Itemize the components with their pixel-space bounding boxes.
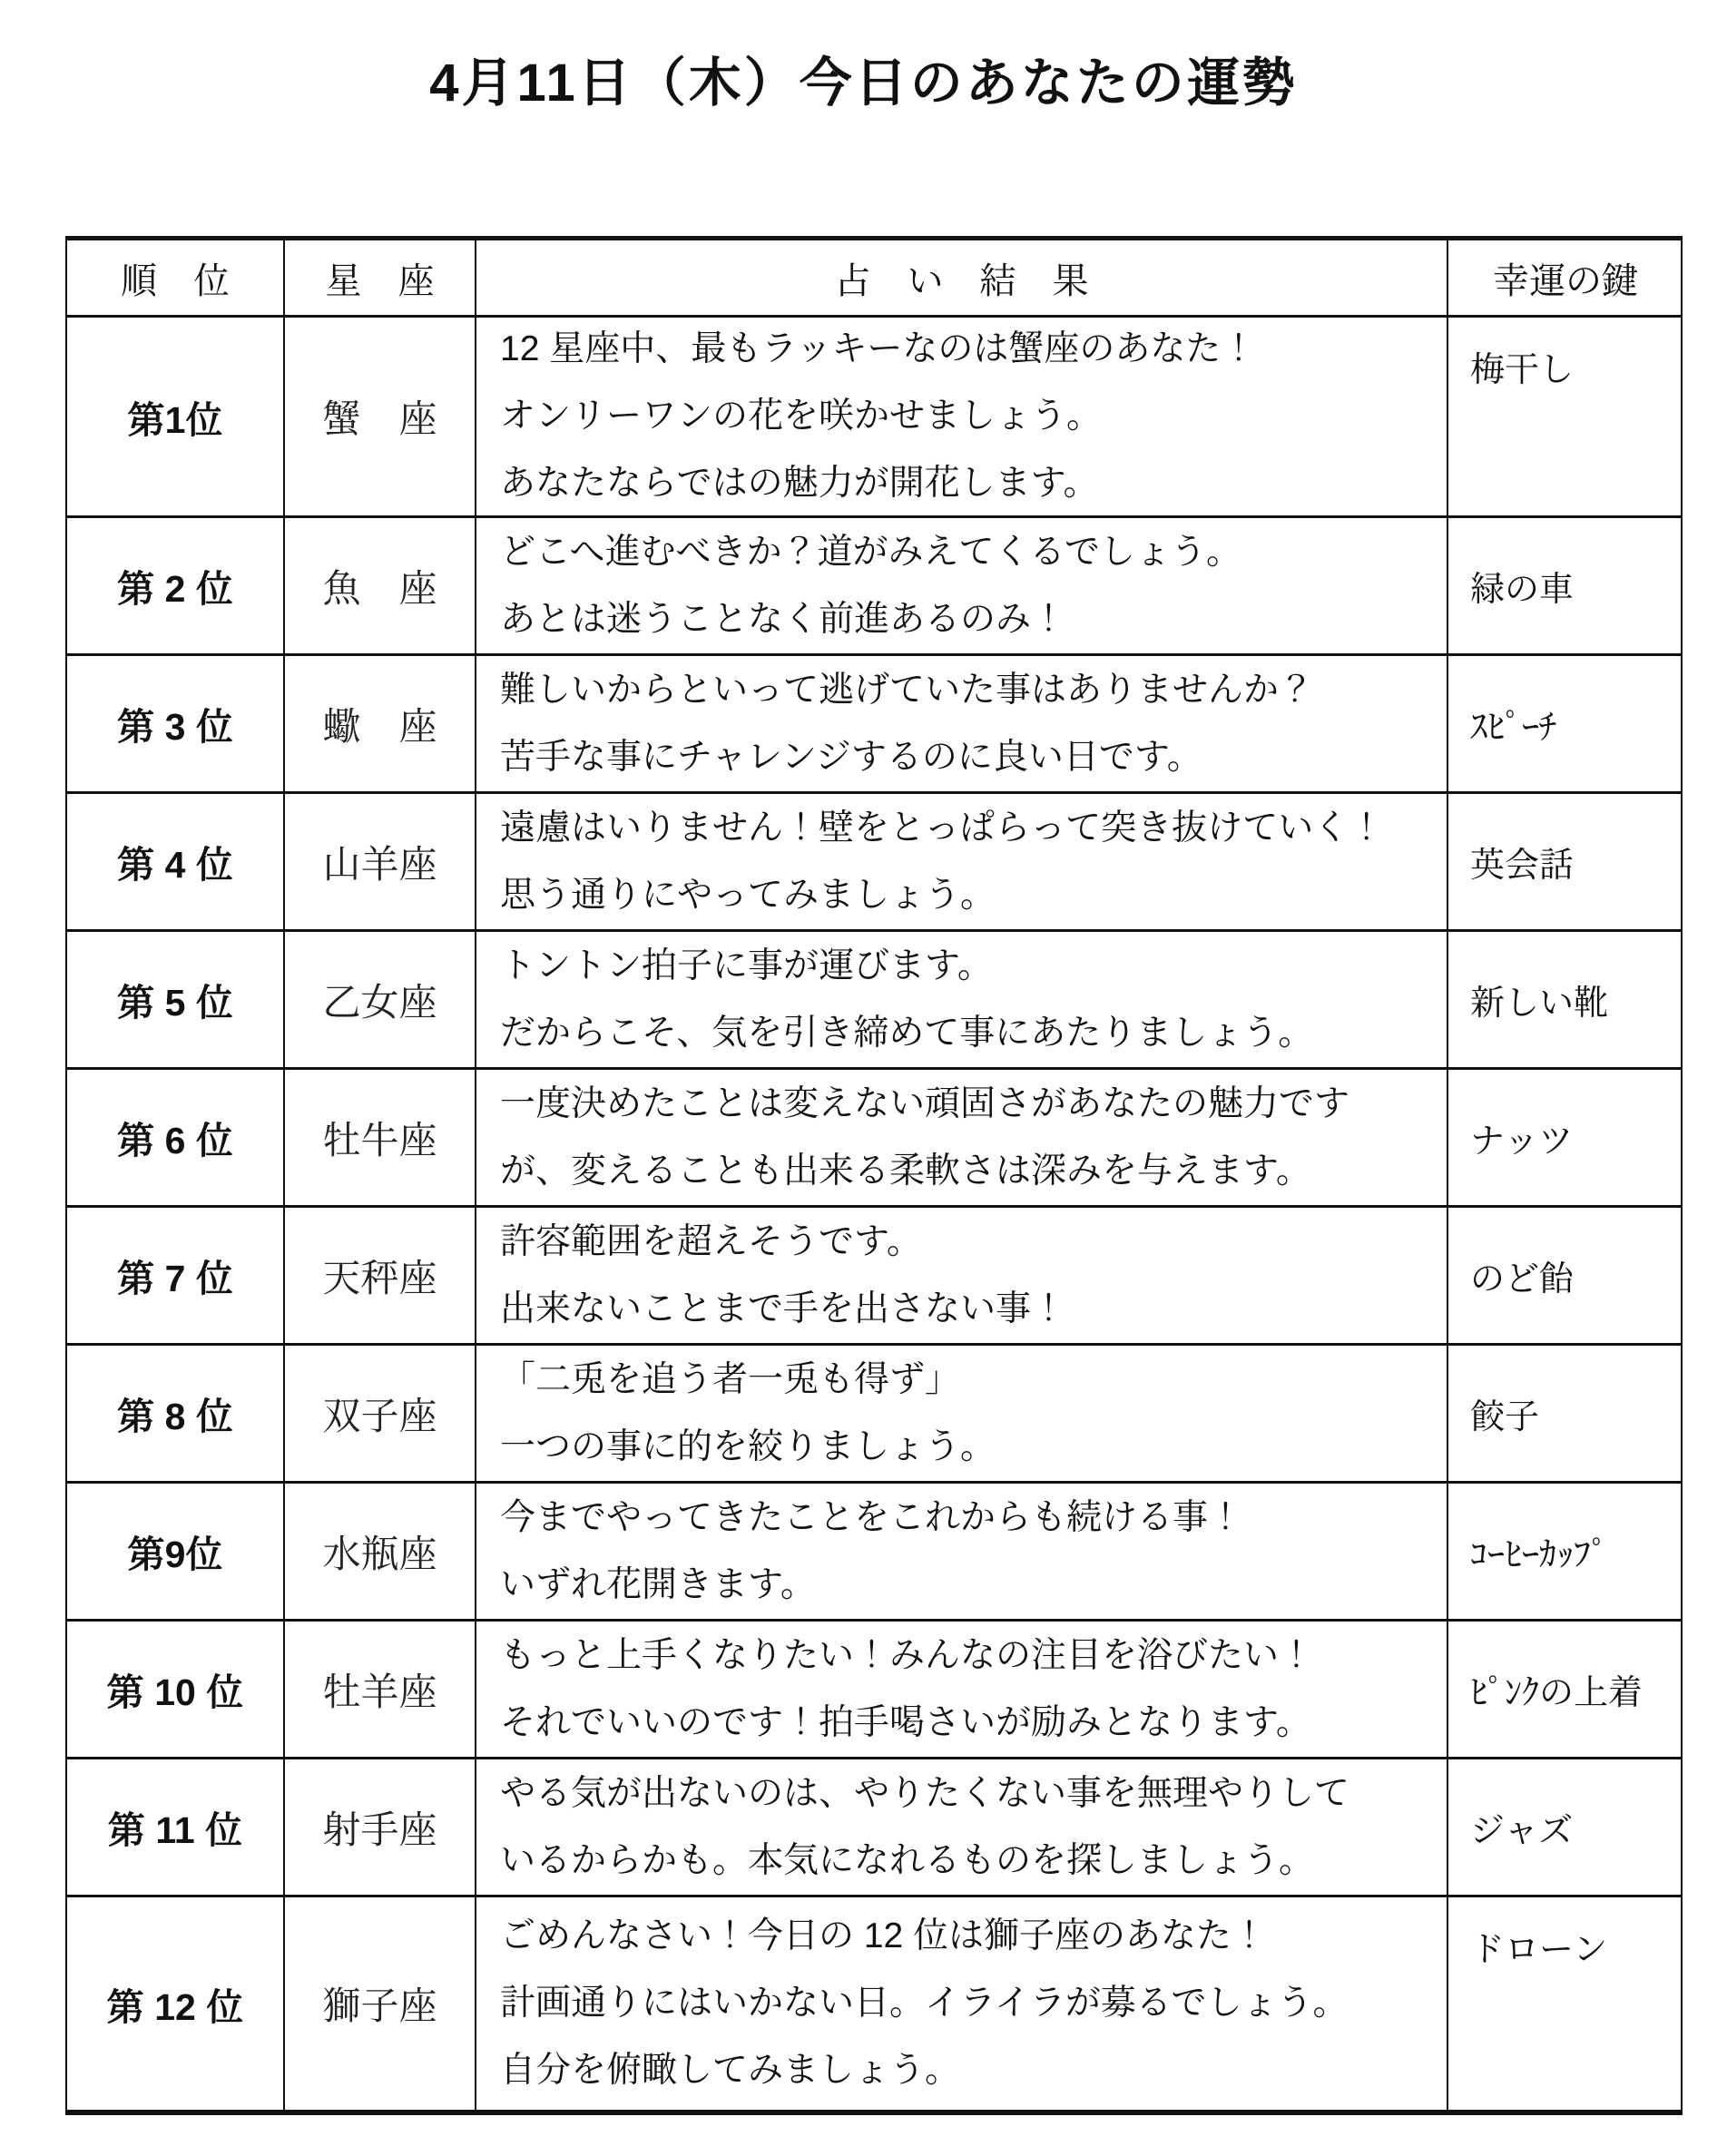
zodiac-sign-label: 獅子座 (322, 1976, 437, 2031)
zodiac-sign-label: 牡羊座 (322, 1662, 437, 1717)
fortune-result-line: あなたならではの魅力が開花します。 (500, 450, 1099, 515)
rank-cell: 第 2 位 (67, 518, 285, 653)
fortune-result-line: 遠慮はいりません！壁をとっぱらって突き抜けていく！ (500, 795, 1384, 862)
fortune-result-cell: もっと上手くなりたい！みんなの注目を浴びたい！それでいいのです！拍手喝さいが励み… (476, 1622, 1448, 1757)
fortune-result-cell: やる気が出ないのは、やりたくない事を無理やりしているからかも。本気になれるものを… (476, 1759, 1448, 1895)
zodiac-sign-label: 乙女座 (322, 973, 437, 1027)
sign-cell: 射手座 (285, 1759, 476, 1895)
fortune-result-cell: トントン拍子に事が運びます。だからこそ、気を引き締めて事にあたりましょう。 (476, 932, 1448, 1067)
fortune-result-cell: 遠慮はいりません！壁をとっぱらって突き抜けていく！思う通りにやってみましょう。 (476, 794, 1448, 929)
sign-cell: 牡牛座 (285, 1070, 476, 1205)
rank-cell: 第1位 (67, 318, 285, 515)
fortune-result-cell: ごめんなさい！今日の 12 位は獅子座のあなた！計画通りにはいかない日。イライラ… (476, 1897, 1448, 2110)
rank-label: 第 5 位 (117, 973, 233, 1026)
zodiac-sign-label: 蠍 座 (322, 697, 437, 751)
fortune-result-line: 許容範囲を超えそうです。 (500, 1209, 922, 1276)
sign-cell: 蟹 座 (285, 318, 476, 515)
zodiac-sign-label: 双子座 (322, 1387, 437, 1441)
table-row: 第 6 位 牡牛座 一度決めたことは変えない頑固さがあなたの魅力ですが、変えるこ… (67, 1070, 1681, 1208)
sign-cell: 乙女座 (285, 932, 476, 1067)
sign-cell: 水瓶座 (285, 1484, 476, 1619)
rank-cell: 第 11 位 (67, 1759, 285, 1895)
lucky-key-cell: ジャズ (1448, 1759, 1683, 1895)
sign-cell: 山羊座 (285, 794, 476, 929)
fortune-result-line: 一度決めたことは変えない頑固さがあなたの魅力です (500, 1071, 1349, 1138)
fortune-result-cell: 12 星座中、最もラッキーなのは蟹座のあなた！オンリーワンの花を咲かせましょう。… (476, 318, 1448, 515)
rank-label: 第 11 位 (108, 1800, 242, 1854)
lucky-key-label: 梅干し (1470, 341, 1574, 391)
lucky-key-label: 緑の車 (1470, 561, 1574, 611)
zodiac-sign-label: 水瓶座 (322, 1524, 437, 1579)
page-title: 4月11日（木）今日のあなたの運勢 (0, 40, 1727, 116)
fortune-result-line: いるからかも。本気になれるものを探しましょう。 (500, 1828, 1314, 1895)
fortune-result-line: どこへ進むべきか？道がみえてくるでしょう。 (500, 519, 1241, 586)
rank-cell: 第9位 (67, 1484, 285, 1619)
rank-cell: 第 3 位 (67, 656, 285, 791)
table-row: 第 3 位 蠍 座 難しいからといって逃げていた事はありませんか？苦手な事にチャ… (67, 656, 1681, 794)
lucky-key-label: 餃子 (1470, 1388, 1539, 1438)
lucky-key-cell: 英会話 (1448, 794, 1683, 929)
rank-label: 第 12 位 (107, 1977, 243, 2031)
lucky-key-label: ナッツ (1470, 1112, 1573, 1162)
zodiac-sign-label: 射手座 (322, 1800, 437, 1855)
fortune-result-line: だからこそ、気を引き締めて事にあたりましょう。 (500, 1000, 1313, 1067)
sign-cell: 天秤座 (285, 1208, 476, 1343)
lucky-key-label: 新しい靴 (1470, 975, 1608, 1024)
header-rank: 順 位 (67, 240, 285, 315)
fortune-result-cell: どこへ進むべきか？道がみえてくるでしょう。あとは迷うことなく前進あるのみ！ (476, 518, 1448, 653)
lucky-key-label: ジャズ (1470, 1802, 1573, 1852)
lucky-key-cell: ナッツ (1448, 1070, 1683, 1205)
table-row: 第 4 位 山羊座 遠慮はいりません！壁をとっぱらって突き抜けていく！思う通りに… (67, 794, 1681, 932)
fortune-result-cell: 一度決めたことは変えない頑固さがあなたの魅力ですが、変えることも出来る柔軟さは深… (476, 1070, 1448, 1205)
rank-cell: 第 4 位 (67, 794, 285, 929)
lucky-key-label: ﾋﾟﾝｸの上着 (1470, 1664, 1643, 1714)
fortune-result-line: が、変えることも出来る柔軟さは深みを与えます。 (500, 1138, 1311, 1205)
lucky-key-label: 英会話 (1470, 837, 1574, 887)
table-row: 第 12 位 獅子座 ごめんなさい！今日の 12 位は獅子座のあなた！計画通りに… (67, 1897, 1681, 2110)
zodiac-sign-label: 山羊座 (322, 835, 437, 889)
lucky-key-cell: 新しい靴 (1448, 932, 1683, 1067)
lucky-key-label: のど飴 (1470, 1250, 1574, 1300)
fortune-result-line: 12 星座中、最もラッキーなのは蟹座のあなた！ (500, 318, 1256, 383)
rank-label: 第 4 位 (117, 835, 233, 888)
table-row: 第9位 水瓶座 今までやってきたことをこれからも続ける事！いずれ花開きます。 ｺ… (67, 1484, 1681, 1622)
rank-cell: 第 6 位 (67, 1070, 285, 1205)
fortune-result-line: 苦手な事にチャレンジするのに良い日です。 (500, 724, 1202, 791)
fortune-result-line: 一つの事に的を絞りましょう。 (500, 1414, 996, 1481)
lucky-key-cell: ｺｰﾋｰｶｯﾌﾟ (1448, 1484, 1683, 1619)
header-key: 幸運の鍵 (1448, 240, 1683, 315)
sign-cell: 獅子座 (285, 1897, 476, 2110)
fortune-result-line: 出来ないことまで手を出さない事！ (500, 1276, 1066, 1343)
rank-cell: 第 5 位 (67, 932, 285, 1067)
sign-cell: 魚 座 (285, 518, 476, 653)
rank-label: 第 7 位 (117, 1249, 233, 1302)
header-result: 占 い 結 果 (476, 240, 1448, 315)
rank-label: 第9位 (128, 1524, 223, 1578)
table-row: 第 8 位 双子座 「二兎を追う者一兎も得ず」一つの事に的を絞りましょう。 餃子 (67, 1346, 1681, 1484)
sign-cell: 牡羊座 (285, 1622, 476, 1757)
rank-label: 第 3 位 (117, 697, 233, 750)
fortune-result-line: 自分を俯瞰してみましょう。 (500, 2037, 960, 2104)
lucky-key-cell: 餃子 (1448, 1346, 1683, 1481)
zodiac-sign-label: 牡牛座 (322, 1111, 437, 1165)
zodiac-sign-label: 魚 座 (322, 559, 437, 613)
fortune-result-line: 「二兎を追う者一兎も得ず」 (500, 1347, 960, 1414)
table-row: 第 2 位 魚 座 どこへ進むべきか？道がみえてくるでしょう。あとは迷うことなく… (67, 518, 1681, 656)
table-row: 第1位 蟹 座 12 星座中、最もラッキーなのは蟹座のあなた！オンリーワンの花を… (67, 318, 1681, 518)
fortune-result-cell: 「二兎を追う者一兎も得ず」一つの事に的を絞りましょう。 (476, 1346, 1448, 1481)
lucky-key-cell: のど飴 (1448, 1208, 1683, 1343)
rank-cell: 第 12 位 (67, 1897, 285, 2110)
sign-cell: 蠍 座 (285, 656, 476, 791)
fortune-result-line: ごめんなさい！今日の 12 位は獅子座のあなた！ (500, 1903, 1267, 1970)
zodiac-sign-label: 蟹 座 (322, 389, 437, 444)
table-body: 第1位 蟹 座 12 星座中、最もラッキーなのは蟹座のあなた！オンリーワンの花を… (67, 318, 1681, 2110)
fortune-result-cell: 許容範囲を超えそうです。出来ないことまで手を出さない事！ (476, 1208, 1448, 1343)
fortune-result-line: 思う通りにやってみましょう。 (500, 862, 996, 929)
table-row: 第 5 位 乙女座 トントン拍子に事が運びます。だからこそ、気を引き締めて事にあ… (67, 932, 1681, 1070)
table-row: 第 7 位 天秤座 許容範囲を超えそうです。出来ないことまで手を出さない事！ の… (67, 1208, 1681, 1346)
fortune-result-cell: 難しいからといって逃げていた事はありませんか？苦手な事にチャレンジするのに良い日… (476, 656, 1448, 791)
horoscope-page: 4月11日（木）今日のあなたの運勢 順 位 星 座 占 い 結 果 幸運の鍵 第… (0, 40, 1727, 2115)
rank-label: 第 10 位 (107, 1662, 243, 1716)
sign-cell: 双子座 (285, 1346, 476, 1481)
lucky-key-label: ｺｰﾋｰｶｯﾌﾟ (1470, 1526, 1608, 1576)
fortune-result-line: トントン拍子に事が運びます。 (500, 933, 993, 1000)
rank-label: 第 2 位 (117, 559, 233, 612)
header-sign: 星 座 (285, 240, 476, 315)
fortune-result-line: オンリーワンの花を咲かせましょう。 (500, 383, 1102, 450)
zodiac-sign-label: 天秤座 (322, 1249, 437, 1303)
rank-cell: 第 7 位 (67, 1208, 285, 1343)
rank-label: 第 8 位 (117, 1387, 233, 1440)
fortune-result-line: それでいいのです！拍手喝さいが励みとなります。 (500, 1690, 1311, 1757)
rank-cell: 第 10 位 (67, 1622, 285, 1757)
horoscope-table: 順 位 星 座 占 い 結 果 幸運の鍵 第1位 蟹 座 12 星座中、最もラッ… (65, 236, 1683, 2115)
fortune-result-cell: 今までやってきたことをこれからも続ける事！いずれ花開きます。 (476, 1484, 1448, 1619)
rank-label: 第 6 位 (117, 1111, 233, 1164)
rank-cell: 第 8 位 (67, 1346, 285, 1481)
fortune-result-line: もっと上手くなりたい！みんなの注目を浴びたい！ (500, 1622, 1314, 1690)
lucky-key-cell: ドローン (1448, 1897, 1683, 2110)
lucky-key-label: ｽﾋﾟｰﾁ (1470, 699, 1556, 749)
fortune-result-line: 計画通りにはいかない日。イライラが募るでしょう。 (500, 1970, 1348, 2037)
fortune-result-line: あとは迷うことなく前進あるのみ！ (500, 586, 1066, 653)
table-row: 第 11 位 射手座 やる気が出ないのは、やりたくない事を無理やりしているからか… (67, 1759, 1681, 1897)
table-row: 第 10 位 牡羊座 もっと上手くなりたい！みんなの注目を浴びたい！それでいいの… (67, 1622, 1681, 1759)
rank-label: 第1位 (128, 390, 223, 444)
fortune-result-line: やる気が出ないのは、やりたくない事を無理やりして (500, 1760, 1349, 1828)
lucky-key-label: ドローン (1470, 1921, 1607, 1971)
lucky-key-cell: 梅干し (1448, 318, 1683, 515)
fortune-result-line: 今までやってきたことをこれからも続ける事！ (500, 1485, 1243, 1552)
lucky-key-cell: ｽﾋﾟｰﾁ (1448, 656, 1683, 791)
lucky-key-cell: 緑の車 (1448, 518, 1683, 653)
lucky-key-cell: ﾋﾟﾝｸの上着 (1448, 1622, 1683, 1757)
fortune-result-line: いずれ花開きます。 (500, 1552, 816, 1619)
fortune-result-line: 難しいからといって逃げていた事はありませんか？ (500, 657, 1314, 724)
table-header-row: 順 位 星 座 占 い 結 果 幸運の鍵 (67, 240, 1681, 318)
